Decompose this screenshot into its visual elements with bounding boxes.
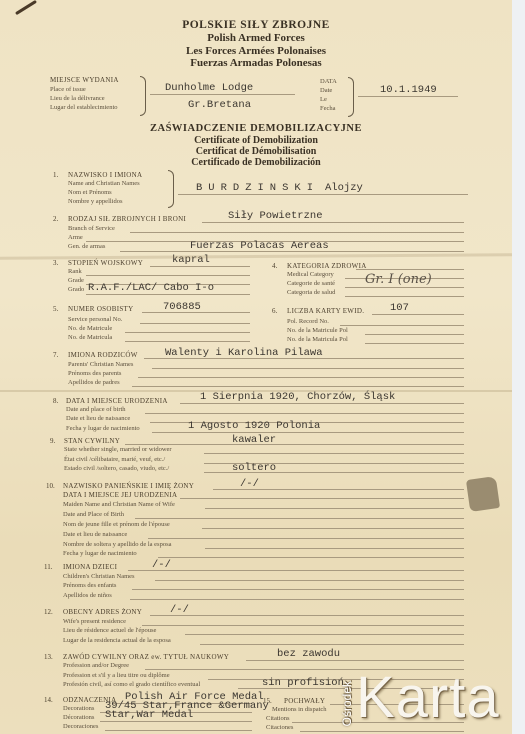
field15-label-pl: POCHWAŁY: [284, 697, 325, 705]
field6-label-pl: LICZBA KARTY EWID.: [287, 307, 364, 315]
field-line: [150, 94, 295, 95]
field10-label-pl: NAZWISKO PANIEŃSKIE I IMIĘ ŻONY: [63, 482, 194, 490]
field10-label-es: Nombre de soltera y apellido de la espos…: [63, 541, 171, 548]
record-number-value: 107: [390, 302, 409, 314]
field5-label-pl: NUMER OSOBISTY: [68, 305, 133, 313]
place-label-fr: Lieu de la délivrance: [50, 95, 105, 102]
decorations-value-3: Star,War Medal: [105, 709, 193, 721]
field12-label-pl: OBECNY ADRES ŻONY: [63, 608, 142, 616]
field-number: 1.: [53, 171, 58, 179]
field-line: [202, 222, 464, 223]
field15-label-en: Mentions in dispatch: [272, 706, 327, 713]
field-line: [372, 314, 464, 315]
field10-label-en: Maiden Name and Christian Name of Wife: [63, 501, 175, 508]
field9-label-fr: État civil /célibataire, marié, veuf, et…: [64, 456, 165, 463]
field-line: [300, 731, 464, 732]
brace: [168, 170, 174, 208]
field13-label-fr: Profession et s'il y a lieu titre ou dip…: [63, 672, 170, 679]
field-line: [180, 403, 464, 404]
field6-label-es: No. de la Matricula Pol: [287, 336, 348, 343]
field1-label-en: Name and Christian Names: [68, 180, 140, 187]
field-number: 4.: [272, 262, 277, 270]
field-number: 13.: [44, 653, 53, 661]
field15-label-es: Citaciones: [266, 724, 293, 731]
field13-label-en: Profession and/or Degree: [63, 662, 129, 669]
brace: [140, 76, 146, 116]
field-line: [358, 96, 458, 97]
title-en: Certificate of Demobilization: [0, 135, 512, 146]
field-line: [158, 557, 464, 558]
field-line: [150, 615, 464, 616]
field12-label-en: Wife's present residence: [63, 618, 126, 625]
field-line: [204, 472, 464, 473]
field-line: [205, 508, 464, 509]
birth-value: 1 Sierpnia 1920, Chorzów, Śląsk: [200, 391, 395, 403]
field-line: [340, 325, 464, 326]
field10-label-fr: Nom de jeune fille et prénom de l'épouse: [63, 521, 170, 528]
profession-value: bez zawodu: [277, 648, 340, 660]
field3-label-fr: Grade: [68, 277, 84, 284]
field1-label-es: Nombre y appellidos: [68, 198, 123, 205]
field-line: [125, 341, 250, 342]
field-line: [205, 548, 464, 549]
field-line: [140, 323, 250, 324]
firstname-value: Alojzy: [325, 182, 363, 194]
field-line: [345, 296, 464, 297]
field-line: [155, 580, 464, 581]
field4-label-fr: Categorie de santé: [287, 280, 335, 287]
field13-label-pl: ZAWÓD CYWILNY ORAZ ew. TYTUŁ NAUKOWY: [63, 653, 229, 661]
field3-label-en: Rank: [68, 268, 82, 275]
field7-label-en: Parents' Christian Names: [68, 361, 133, 368]
header-fr: Les Forces Armées Polonaises: [0, 45, 512, 57]
field-line: [200, 644, 464, 645]
field-line: [345, 287, 464, 288]
field8-label-es: Fecha y lugar de nacimiento: [66, 425, 140, 432]
field-line: [128, 570, 464, 571]
field15-label-fr: Citations: [266, 715, 289, 722]
place-value: Dunholme Lodge: [165, 82, 253, 94]
rank-value-es: R.A.F./LAC/ Cabo I-o: [88, 282, 214, 294]
field-number: 15.: [263, 697, 272, 705]
field-line: [86, 275, 250, 276]
field8-label-pl: DATA I MIEJSCE URODZENIA: [66, 397, 168, 405]
field-line: [142, 625, 464, 626]
field-line: [132, 589, 464, 590]
field14-label-fr: Décorations: [63, 714, 94, 721]
place-label-es: Lugar del establecimiento: [50, 104, 118, 111]
date-label-en: Date: [320, 87, 332, 94]
field9-label-en: State whether single, married or widower: [64, 446, 172, 453]
field-line: [135, 518, 464, 519]
title-es: Certificado de Demobilización: [0, 157, 512, 168]
date-value: 10.1.1949: [380, 84, 437, 96]
rank-value: kapral: [172, 254, 210, 266]
date-label-fr: Le: [320, 96, 327, 103]
tape-stain: [466, 476, 500, 512]
field2-label-pl: RODZAJ SIŁ ZBROJNYCH I BRONI: [68, 215, 186, 223]
branch-value: Siły Powietrzne: [228, 210, 323, 222]
field8-label-en: Date and place of birth: [66, 406, 126, 413]
field-line: [185, 634, 464, 635]
field4-label-pl: KATEGORIA ZDROWIA: [287, 262, 367, 270]
field2-label-es: Gen. de armas: [68, 243, 105, 250]
field10-label-en2: Date and Place of Birth: [63, 511, 124, 518]
field5-label-fr: No. de Matricule: [68, 325, 112, 332]
field-number: 3.: [53, 259, 58, 267]
brace: [348, 77, 354, 117]
field11-label-fr: Prénoms des enfants: [63, 582, 116, 589]
field2-label-en: Branch of Service: [68, 225, 115, 232]
field3-label-pl: STOPIEŃ WOJSKOWY: [68, 259, 143, 267]
field13-label-es: Profesión civil, así como el grado cient…: [63, 681, 200, 688]
field-line: [204, 453, 464, 454]
field-line: [365, 334, 464, 335]
field-number: 11.: [44, 563, 53, 571]
field9-label-pl: STAN CYWILNY: [64, 437, 120, 445]
place-label-en: Place of issue: [50, 86, 86, 93]
field-number: 6.: [272, 307, 277, 315]
field-line: [120, 251, 464, 252]
field-number: 9.: [50, 437, 55, 445]
field11-label-es: Apellidos de niños: [63, 592, 112, 599]
field7-label-pl: IMIONA RODZICÓW: [68, 351, 138, 359]
field10-label-pl2: DATA I MIEJSCE JEJ URODZENIA: [63, 491, 177, 499]
title-fr: Certificat de Démobilisation: [0, 146, 512, 157]
field4-label-es: Categoria de salud: [287, 289, 335, 296]
field-line: [356, 269, 464, 270]
field1-label-fr: Nom et Prénoms: [68, 189, 112, 196]
field-line: [152, 432, 464, 433]
surname-value: BURDZINSKI: [196, 182, 319, 194]
field-number: 14.: [44, 696, 53, 704]
field-number: 7.: [53, 351, 58, 359]
field-line: [144, 358, 464, 359]
field-line: [125, 332, 250, 333]
field14-label-es: Decoraciones: [63, 723, 98, 730]
karta-watermark: Ośrodek Karta: [340, 670, 500, 726]
birth-value-es: 1 Agosto 1920 Polonia: [188, 420, 320, 432]
field2-label-fr: Arme: [68, 234, 83, 241]
field-number: 8.: [53, 397, 58, 405]
field-line: [152, 368, 464, 369]
field6-label-fr: No. de la Matricule Pol: [287, 327, 348, 334]
field7-label-es: Apellidos de padres: [68, 379, 120, 386]
field14-label-en: Decorations: [63, 705, 94, 712]
watermark-side-text: Ośrodek: [340, 681, 354, 726]
field12-label-es: Lugar de la residencia actual de la espo…: [63, 637, 171, 644]
scratch-mark: [15, 0, 37, 15]
field-line: [145, 413, 464, 414]
medical-category-value: Gr. I (one): [365, 272, 432, 287]
date-label-es: Fecha: [320, 105, 336, 112]
field-number: 12.: [44, 608, 53, 616]
field-line: [142, 312, 250, 313]
field-number: 10.: [46, 482, 55, 490]
field12-label-fr: Lieu de résidence actuel de l'épouse: [63, 627, 156, 634]
field11-label-pl: IMIONA DZIECI: [63, 563, 117, 571]
field-line: [86, 294, 250, 295]
field7-label-fr: Prénoms des parents: [68, 370, 121, 377]
field-number: 2.: [53, 215, 58, 223]
header-en: Polish Armed Forces: [0, 32, 512, 44]
field5-label-en: Service personal No.: [68, 316, 122, 323]
field-line: [130, 232, 464, 233]
field-line: [148, 538, 464, 539]
field-line: [246, 660, 464, 661]
place-label-pl: MIEJSCE WYDANIA: [50, 76, 119, 84]
field10-label-es2: Fecha y lugar de nacimiento: [63, 550, 137, 557]
field-line: [178, 194, 468, 195]
field-line: [202, 528, 464, 529]
field-line: [105, 730, 252, 731]
field-line: [132, 386, 464, 387]
header-pl: POLSKIE SIŁY ZBROJNE: [0, 19, 512, 31]
field-line: [365, 343, 464, 344]
field-line: [130, 599, 464, 600]
field-line: [138, 377, 464, 378]
field8-label-fr: Date et lieu de naissance: [66, 415, 130, 422]
field3-label-es: Grado: [68, 286, 84, 293]
field4-label-en: Medical Category: [287, 271, 334, 278]
document-paper: POLSKIE SIŁY ZBROJNE Polish Armed Forces…: [0, 0, 512, 734]
field-number: 5.: [53, 305, 58, 313]
date-label-pl: DATA: [320, 78, 337, 85]
field6-label-en: Pol. Record No.: [287, 318, 329, 325]
field1-label-pl: NAZWISKO I IMIONA: [68, 171, 142, 179]
field-line: [150, 266, 250, 267]
title-pl: ZAŚWIADCZENIE DEMOBILIZACYJNE: [0, 123, 512, 134]
field-line: [213, 489, 464, 490]
field9-label-es: Estado civil /soltero, casado, viudo, et…: [64, 465, 169, 472]
field-line: [125, 444, 464, 445]
place-country: Gr.Bretana: [188, 99, 251, 111]
field-line: [180, 498, 464, 499]
watermark-main-text: Karta: [356, 670, 500, 726]
field11-label-en: Children's Christian Names: [63, 573, 135, 580]
field-line: [100, 721, 252, 722]
field5-label-es: No. de Matricula: [68, 334, 112, 341]
field10-label-fr2: Date et lieu de naissance: [63, 531, 127, 538]
header-es: Fuerzas Armadas Polonesas: [0, 57, 512, 69]
